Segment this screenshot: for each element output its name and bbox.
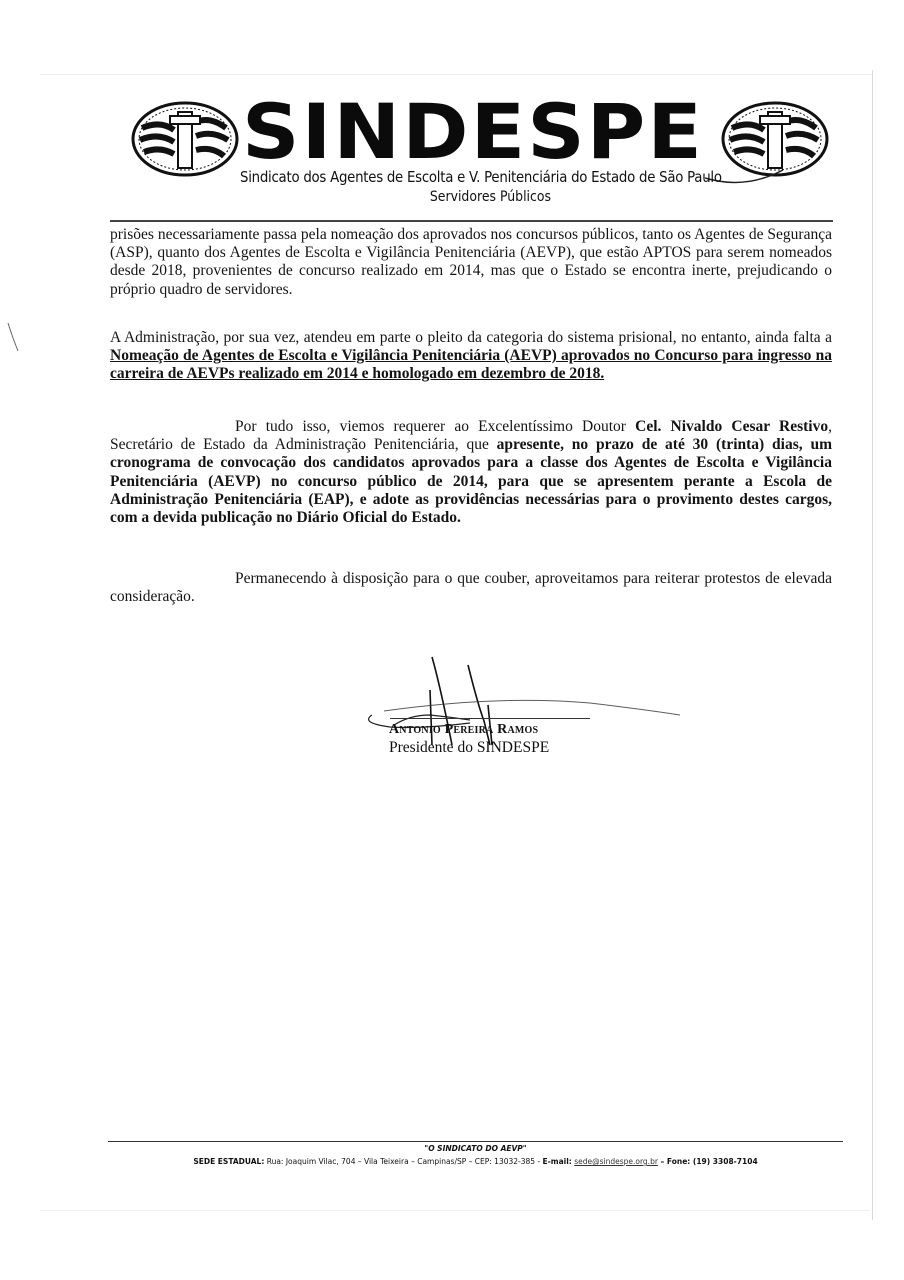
- signer-title: Presidente do SINDESPE: [389, 739, 549, 757]
- paragraph-2-lead: A Administração, por sua vez, atendeu em…: [110, 329, 832, 346]
- brand-wordmark: SINDESPE: [242, 92, 746, 172]
- letterhead-subtitle-2: Servidores Públicos: [130, 189, 850, 205]
- paragraph-2: A Administração, por sua vez, atendeu em…: [110, 329, 832, 384]
- paragraph-3: Por tudo isso, viemos requerer ao Excele…: [110, 418, 832, 527]
- header-divider: [110, 220, 833, 222]
- signature-line: [390, 718, 590, 719]
- scan-edge-right: [872, 70, 873, 1220]
- phone: – Fone: (19) 3308-7104: [658, 1157, 758, 1166]
- letterhead-subtitle: Sindicato dos Agentes de Escolta e V. Pe…: [240, 168, 661, 186]
- paragraph-1: prisões necessariamente passa pela nomea…: [110, 226, 832, 299]
- email-label: E-mail:: [543, 1157, 572, 1166]
- scan-edge-top: [40, 74, 872, 75]
- paragraph-4: Permanecendo à disposição para o que cou…: [110, 570, 832, 606]
- letterhead: SINDESPE Sindicato dos Agentes de Escolt…: [130, 92, 850, 217]
- paragraph-3-part1: Por tudo isso, viemos requerer ao Excele…: [235, 418, 635, 435]
- footer-contact: SEDE ESTADUAL: Rua: Joaquim Vilac, 704 –…: [108, 1157, 843, 1166]
- email-link[interactable]: sede@sindespe.org.br: [574, 1157, 658, 1166]
- recipient-name: Cel. Nivaldo Cesar Restivo: [635, 418, 828, 435]
- address-label: SEDE ESTADUAL:: [193, 1157, 264, 1166]
- footer-motto: "O SINDICATO DO AEVP": [108, 1144, 843, 1153]
- address: Rua: Joaquim Vilac, 704 – Vila Teixeira …: [264, 1157, 542, 1166]
- footer-divider: [108, 1141, 843, 1142]
- paragraph-2-emphasis: Nomeação de Agentes de Escolta e Vigilân…: [110, 347, 832, 382]
- paragraph-4-text: Permanecendo à disposição para o que cou…: [110, 570, 832, 605]
- union-seal-icon: [130, 100, 240, 178]
- signer-name: Antonio Pereira Ramos: [389, 722, 538, 738]
- letterhead-subtitle-2-text: Servidores Públicos: [429, 189, 550, 205]
- scan-edge-bottom: [40, 1210, 870, 1211]
- margin-pencil-mark: [6, 322, 20, 352]
